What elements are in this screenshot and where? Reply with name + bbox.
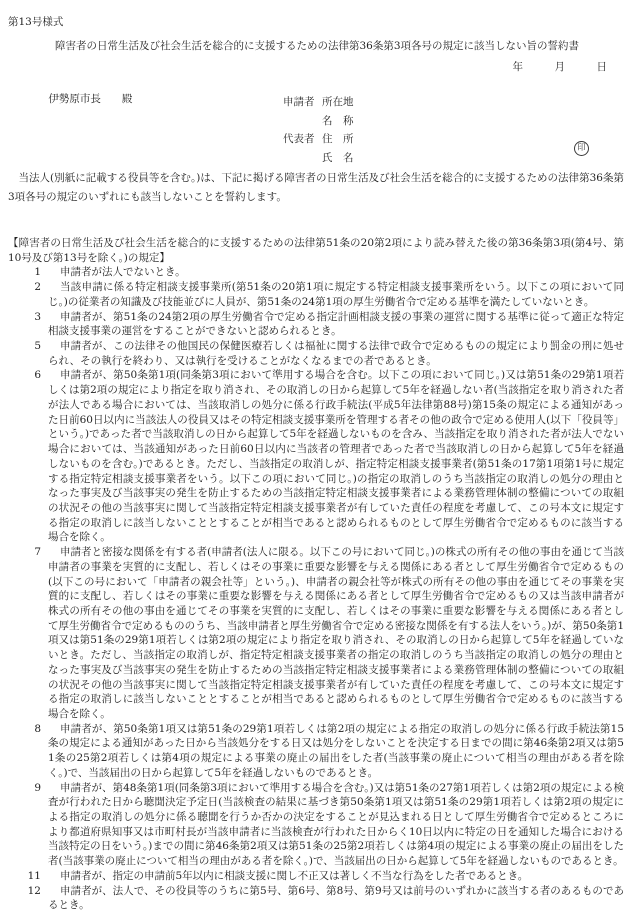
- item-text: 申請者が、法人で、その役員等のうちに第5号、第6号、第8号、第9号又は前号のいず…: [48, 885, 624, 912]
- item-text: 申請者が、第51条の24第2項の厚生労働省令で定める指定計画相談支援の事業の運営…: [48, 311, 624, 338]
- item-number: 3: [8, 310, 41, 325]
- applicant-address-label: 所在地: [322, 93, 354, 112]
- item-number: 12: [8, 884, 41, 899]
- applicant-name-label: 名 称: [322, 112, 354, 131]
- item-number: 2: [8, 280, 41, 295]
- applicant-role-label: 申請者: [283, 93, 322, 112]
- regulation-item-5: 5申請者が、この法律その他国民の保健医療若しくは福祉に関する法律で政令で定めるも…: [8, 339, 624, 368]
- pledge-paragraph: 当法人(別紙に記載する役員等を含む。)は、下記に掲げる障害者の日常生活及び社会生…: [8, 169, 624, 206]
- regulation-item-11: 11申請者が、指定の申請前5年以内に相談支援に関し不正又は著しく不当な行為をした…: [8, 869, 624, 884]
- item-number: 8: [8, 722, 41, 737]
- item-number: 7: [8, 545, 41, 560]
- applicant-row-name: 名 称: [283, 112, 354, 131]
- regulation-section: 【障害者の日常生活及び社会生活を総合的に支援するための法律第51条の20第2項に…: [8, 236, 624, 913]
- regulation-item-6: 6申請者が、第50条第1項(同条第3項において準用する場合を含む。以下この項にお…: [8, 368, 624, 545]
- regulation-item-9: 9申請者が、第48条第1項(同条第3項において準用する場合を含む。)又は第51条…: [8, 781, 624, 869]
- item-text: 申請者と密接な関係を有する者(申請者(法人に限る。以下この号において同じ。)の株…: [48, 546, 624, 720]
- regulation-item-8: 8申請者が、第50条第1項又は第51条の29第1項若しくは第2項の規定による指定…: [8, 722, 624, 781]
- regulation-item-12: 12申請者が、法人で、その役員等のうちに第5号、第6号、第8号、第9号又は前号の…: [8, 884, 624, 913]
- representative-role-spacer: [283, 149, 322, 168]
- representative-name-label: 氏 名: [322, 149, 354, 168]
- regulation-item-1: 1申請者が法人でないとき。: [8, 265, 624, 280]
- item-number: 6: [8, 368, 41, 383]
- form-number: 第13号様式: [8, 14, 63, 29]
- document-title: 障害者の日常生活及び社会生活を総合的に支援するための法律第36条第3項各号の規定…: [55, 38, 579, 53]
- regulation-item-list: 1申請者が法人でないとき。 2当該申請に係る特定相談支援事業所(第51条の20第…: [8, 265, 624, 913]
- regulation-header: 【障害者の日常生活及び社会生活を総合的に支援するための法律第51条の20第2項に…: [8, 236, 624, 265]
- representative-address-label: 住 所: [322, 130, 354, 149]
- representative-role-label: 代表者: [283, 130, 322, 149]
- representative-row-name: 氏 名: [283, 149, 354, 168]
- item-text: 申請者が、この法律その他国民の保健医療若しくは福祉に関する法律で政令で定めるもの…: [48, 340, 624, 367]
- item-number: 5: [8, 339, 41, 354]
- applicant-block: 申請者 所在地 名 称 代表者 住 所 氏 名: [283, 93, 354, 167]
- regulation-item-2: 2当該申請に係る特定相談支援事業所(第51条の20第1項に規定する特定相談支援事…: [8, 280, 624, 309]
- applicant-role-spacer: [283, 112, 322, 131]
- regulation-item-3: 3申請者が、第51条の24第2項の厚生労働省令で定める指定計画相談支援の事業の運…: [8, 310, 624, 339]
- regulation-item-7: 7申請者と密接な関係を有する者(申請者(法人に限る。以下この号において同じ。)の…: [8, 545, 624, 722]
- item-text: 申請者が、第50条第1項(同条第3項において準用する場合を含む。以下この項におい…: [48, 369, 624, 543]
- item-number: 1: [8, 265, 41, 280]
- item-number: 11: [8, 869, 41, 884]
- addressee-honorific: 殿: [122, 93, 133, 105]
- item-text: 申請者が、第50条第1項又は第51条の29第1項若しくは第2項の規定による指定の…: [48, 723, 624, 779]
- representative-row-address: 代表者 住 所: [283, 130, 354, 149]
- addressee-line: 伊勢原市長殿: [35, 79, 132, 118]
- item-number: 9: [8, 781, 41, 796]
- item-text: 申請者が、指定の申請前5年以内に相談支援に関し不正又は著しく不当な行為をした者で…: [60, 870, 528, 882]
- pledge-document-page: 第13号様式 障害者の日常生活及び社会生活を総合的に支援するための法律第36条第…: [0, 0, 630, 915]
- seal-stamp-icon: 印: [574, 141, 589, 156]
- addressee-name: 伊勢原市長: [48, 93, 101, 105]
- applicant-row-address: 申請者 所在地: [283, 93, 354, 112]
- date-line: 年 月 日: [513, 59, 608, 74]
- item-text: 申請者が、第48条第1項(同条第3項において準用する場合を含む。)又は第51条の…: [48, 782, 624, 868]
- item-text: 当該申請に係る特定相談支援事業所(第51条の20第1項に規定する特定相談支援事業…: [48, 281, 624, 308]
- item-text: 申請者が法人でないとき。: [60, 266, 186, 278]
